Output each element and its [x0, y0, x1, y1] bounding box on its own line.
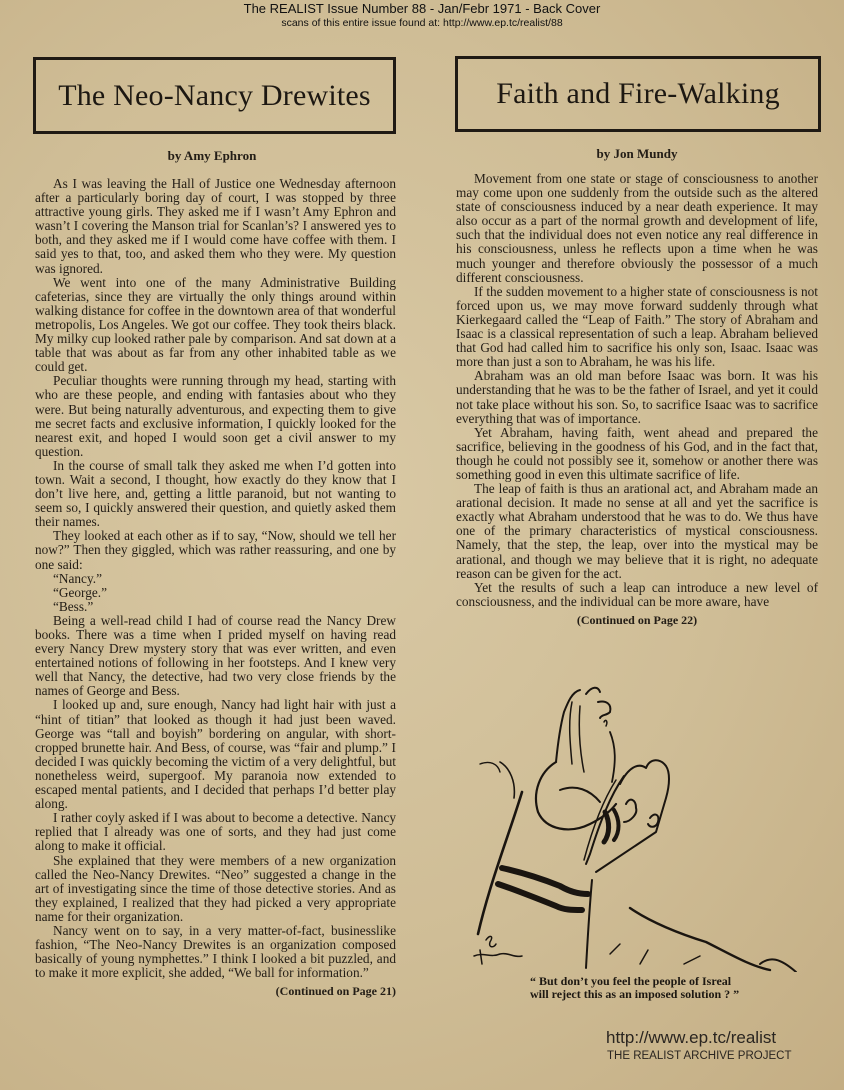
continued-note: (Continued on Page 21) — [35, 984, 396, 998]
paragraph: “Nancy.” — [35, 572, 396, 586]
paragraph: “George.” — [35, 586, 396, 600]
paragraph: Being a well-read child I had of course … — [35, 614, 396, 699]
paragraph: The leap of faith is thus an arational a… — [456, 482, 818, 581]
archive-header: The REALIST Issue Number 88 - Jan/Febr 1… — [0, 2, 844, 29]
paragraph: Movement from one state or stage of cons… — [456, 172, 818, 285]
cartoon-illustration — [460, 672, 800, 972]
issue-title: The REALIST Issue Number 88 - Jan/Febr 1… — [0, 2, 844, 17]
article-body: Movement from one state or stage of cons… — [456, 172, 818, 627]
article-title: Faith and Fire-Walking — [496, 77, 780, 111]
cartoon-caption: “ But don’t you feel the people of Isrea… — [530, 975, 739, 1001]
article-byline: by Jon Mundy — [456, 146, 818, 162]
paragraph: If the sudden movement to a higher state… — [456, 285, 818, 370]
paragraph: She explained that they were members of … — [35, 854, 396, 924]
paragraph: They looked at each other as if to say, … — [35, 529, 396, 571]
paragraph: I rather coyly asked if I was about to b… — [35, 811, 396, 853]
scan-source-note: scans of this entire issue found at: htt… — [0, 17, 844, 29]
paragraph: In the course of small talk they asked m… — [35, 459, 396, 529]
paragraph: Nancy went on to say, in a very matter-o… — [35, 924, 396, 980]
paragraph: I looked up and, sure enough, Nancy had … — [35, 698, 396, 811]
paragraph: “Bess.” — [35, 600, 396, 614]
article-body: As I was leaving the Hall of Justice one… — [35, 177, 396, 998]
article-title: The Neo-Nancy Drewites — [58, 79, 371, 113]
article-byline: by Amy Ephron — [28, 148, 396, 164]
archive-project-label: THE REALIST ARCHIVE PROJECT — [607, 1050, 791, 1062]
paragraph: Peculiar thoughts were running through m… — [35, 374, 396, 459]
paragraph: As I was leaving the Hall of Justice one… — [35, 177, 396, 276]
article-title-box: The Neo-Nancy Drewites — [33, 57, 396, 134]
caption-line: will reject this as an imposed solution … — [530, 988, 739, 1001]
article-title-box: Faith and Fire-Walking — [455, 56, 821, 132]
paragraph: Yet Abraham, having faith, went ahead an… — [456, 426, 818, 482]
paragraph: Yet the results of such a leap can intro… — [456, 581, 818, 609]
paragraph: Abraham was an old man before Isaac was … — [456, 369, 818, 425]
archive-url-link[interactable]: http://www.ep.tc/realist — [606, 1028, 776, 1048]
paragraph: We went into one of the many Administrat… — [35, 276, 396, 375]
continued-note: (Continued on Page 22) — [456, 613, 818, 627]
